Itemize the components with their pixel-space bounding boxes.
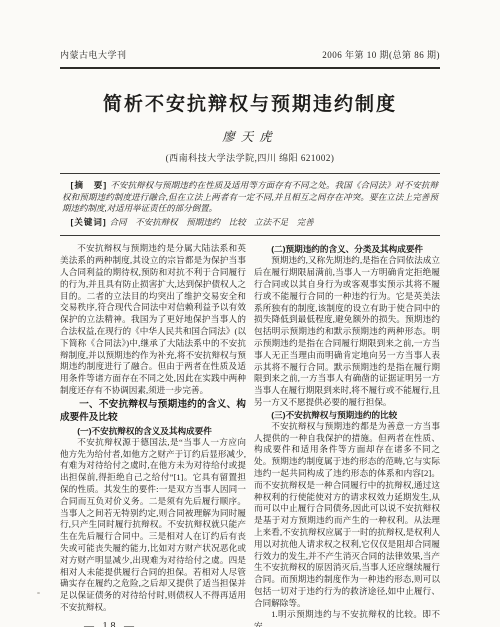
scan-speck xyxy=(37,592,40,594)
keywords-label: [关键词] xyxy=(71,217,107,227)
body-paragraph: 不安抗辩权与预期违约都是为善意一方当事人提供的一种自我保护的措施。但两者在性质、… xyxy=(254,421,440,610)
right-column: (二)预期违约的含义、分类及其构成要件 预期违约,又称先期违约,是指在合同依法成… xyxy=(254,243,440,627)
body-paragraph: 预期违约,又称先期违约,是指在合同依法成立后在履行期限届满前,当事人一方明确肯定… xyxy=(254,255,440,408)
article-title: 简析不安抗辩权与预期违约制度 xyxy=(60,89,440,116)
page-number: — 18 — xyxy=(84,621,246,627)
author-affiliation: (西南科技大学法学院,四川 绵阳 621002) xyxy=(60,151,440,164)
issue-info: 2006 年第 10 期(总第 86 期) xyxy=(322,48,440,61)
body-paragraph: 不安抗辩权与预期违约是分属大陆法系和英美法系的两种制度,其设立的宗旨都是为保护当… xyxy=(60,243,246,396)
abstract-paragraph: [摘 要]不安抗辩权与预期违约在性质及适用等方面存有不同之处。我国《合同法》对不… xyxy=(62,180,438,215)
journal-name: 内蒙古电大学刊 xyxy=(60,48,127,61)
author-name: 廖天虎 xyxy=(60,127,440,145)
abstract-text: 不安抗辩权与预期违约在性质及适用等方面存有不同之处。我国《合同法》对不安抗辩权和… xyxy=(62,180,438,213)
header-rule xyxy=(60,67,440,69)
body-paragraph: 不安抗辩权源于德国法,是“当事人一方应向他方先为给付者,如他方之财产于订约后显形… xyxy=(60,437,246,614)
subsection-heading-3: (三)不安抗辩权与预期违约的比较 xyxy=(254,409,440,421)
left-column: 不安抗辩权与预期违约是分属大陆法系和英美法系的两种制度,其设立的宗旨都是为保护当… xyxy=(60,243,246,627)
abstract-label: [摘 要] xyxy=(71,180,108,190)
body-columns: 不安抗辩权与预期违约是分属大陆法系和英美法系的两种制度,其设立的宗旨都是为保护当… xyxy=(60,243,440,627)
section-heading-1: 一、不安抗辩权与预期违约的含义、构成要件及比较 xyxy=(60,398,246,424)
keywords-paragraph: [关键词]合同 不安抗辩权 预期违约 比较 立法不足 完善 xyxy=(62,217,438,229)
running-header: 内蒙古电大学刊 2006 年第 10 期(总第 86 期) xyxy=(60,48,440,67)
subsection-heading-1: (一)不安抗辩权的含义及其构成要件 xyxy=(60,425,246,437)
abstract-box: [摘 要]不安抗辩权与预期违约在性质及适用等方面存有不同之处。我国《合同法》对不… xyxy=(60,173,440,236)
journal-page: 内蒙古电大学刊 2006 年第 10 期(总第 86 期) 简析不安抗辩权与预期… xyxy=(0,0,500,627)
keywords-text: 合同 不安抗辩权 预期违约 比较 立法不足 完善 xyxy=(110,217,314,227)
page-content: 内蒙古电大学刊 2006 年第 10 期(总第 86 期) 简析不安抗辩权与预期… xyxy=(60,48,440,627)
subsection-heading-2: (二)预期违约的含义、分类及其构成要件 xyxy=(254,243,440,255)
body-paragraph: 1.明示预期违约与不安抗辩权的比较。即不安 xyxy=(254,609,440,627)
